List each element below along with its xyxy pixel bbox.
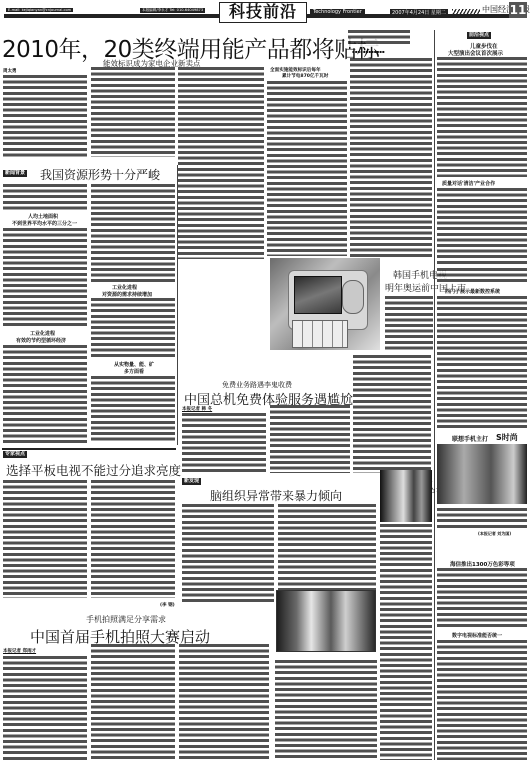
sidebar-business-title: 质量对话'清洁'产业合作: [442, 180, 495, 187]
brain-body-col2: [278, 504, 376, 600]
lead-body-col2: [91, 67, 175, 157]
resources-body-2: [3, 228, 87, 328]
sidebar-it-title: 数字电视标准能否统一: [452, 632, 502, 639]
free-phone-body-3: [353, 355, 431, 473]
lead-body-col1: [3, 75, 87, 157]
sidebar-bottom-title: 海信推出1300万色彩等项: [450, 560, 515, 568]
tv-credit: (李 钢): [160, 602, 175, 608]
lead-byline: 周太勇: [3, 68, 17, 74]
sidebar-body-2: [437, 188, 527, 266]
fashion-photo: [437, 444, 527, 504]
fashion-body: [437, 508, 527, 530]
resources-subhead-2b: 对资源的需求持续增加: [102, 291, 152, 298]
masthead-email: E-mail: kejiqianyan@cnjournal.com: [6, 8, 73, 12]
phone-dpad: [342, 280, 364, 314]
energy-body: [267, 81, 347, 256]
decorative-stripes-icon: [452, 9, 480, 14]
sidebar-body-5: [437, 640, 527, 760]
sidebar-tag: 前沿视点: [467, 32, 491, 39]
lead-body-col3: [178, 67, 264, 259]
fashion-title-left: 联想手机主打: [452, 434, 488, 443]
issue-date: 2007年4月24日 星期二: [390, 9, 448, 16]
tv-body-col1: [3, 480, 87, 598]
page-number: 11: [509, 2, 527, 18]
photo-contest-body-1: [3, 656, 87, 760]
section-title: 科技前沿: [219, 2, 307, 23]
sidebar-credit: (本报记者 刘为国): [478, 531, 511, 537]
resources-subhead-3b: 有效的节约型循环经济: [16, 337, 66, 344]
photo-contest-kicker: 手机拍照满足分享需求: [86, 614, 166, 625]
resources-subhead-4b: 多方面看: [124, 368, 144, 375]
center-right-body: [350, 58, 432, 258]
resources-tag: 新闻背景: [3, 170, 27, 177]
brain-tag: 新发现: [182, 478, 201, 485]
lead-intro-text: [348, 30, 410, 47]
resources-body-3: [3, 345, 87, 443]
section-english: Technology Frontier: [310, 9, 365, 15]
resources-body-1: [3, 184, 87, 212]
sidebar-body-4: [437, 568, 527, 628]
column-rule: [177, 165, 178, 445]
resources-subhead-1a: 人均土地面积: [28, 213, 58, 220]
photo-contest-byline: 本报记者 郑雨才: [3, 648, 36, 654]
resources-subhead-4a: 从实物量、能、矿: [114, 361, 154, 368]
phone-keypad: [292, 320, 348, 348]
photo-contest-body-2: [91, 644, 175, 760]
photo-contest-photo: [276, 590, 376, 652]
section-divider: [2, 448, 176, 450]
ximen-body: [437, 296, 527, 384]
sidebar-title-2: 大型演出会议首次展示: [448, 49, 503, 57]
resources-subhead-2a: 工业化进程: [112, 284, 137, 291]
fashion-title-right: S时尚: [496, 432, 518, 443]
masthead-editor: 本版编辑/李永才 Tel: 010-64049873: [140, 8, 205, 13]
sidebar-body-3: [437, 386, 527, 430]
phone-screen: [294, 276, 342, 314]
tv-headline: 选择平板电视不能过分追求亮度: [6, 461, 181, 479]
resources-headline: 我国资源形势十分严峻: [40, 166, 160, 183]
brain-headline: 脑组织异常带来暴力倾向: [210, 487, 342, 504]
ximen-intro: [437, 268, 527, 284]
microwave-photo: [380, 470, 432, 522]
free-phone-body-2: [270, 405, 350, 473]
resources-body-col2c: [91, 376, 175, 443]
microwave-body: [380, 524, 432, 760]
brain-body-col1: [182, 504, 274, 604]
right-column-rule: [434, 30, 435, 760]
photo-contest-body-4: [275, 660, 377, 760]
photo-contest-body-3: [179, 644, 269, 760]
energy-title-2: 累计节电870亿千瓦时: [282, 73, 328, 79]
free-phone-body-1: [182, 413, 266, 473]
resources-subhead-3a: 工业化进程: [30, 330, 55, 337]
intro-subhead: ▪▪▪▪▪▪▪▪▪▪▪▪: [352, 49, 385, 54]
korea-body: [385, 296, 433, 352]
resources-subhead-1b: 不到世界平均水平的三分之一: [12, 220, 77, 227]
free-phone-byline: 本报记者 韩 冬: [182, 406, 212, 412]
sidebar-body-1: [437, 57, 527, 177]
tv-body-col2: [91, 480, 175, 598]
resources-body-col2b: [91, 298, 175, 358]
resources-body-col2a: [91, 184, 175, 282]
phone-photo: [270, 258, 380, 350]
ximen-title: 西门子展示最新数控系统: [445, 288, 500, 295]
tv-tag: 专家视点: [3, 451, 27, 458]
